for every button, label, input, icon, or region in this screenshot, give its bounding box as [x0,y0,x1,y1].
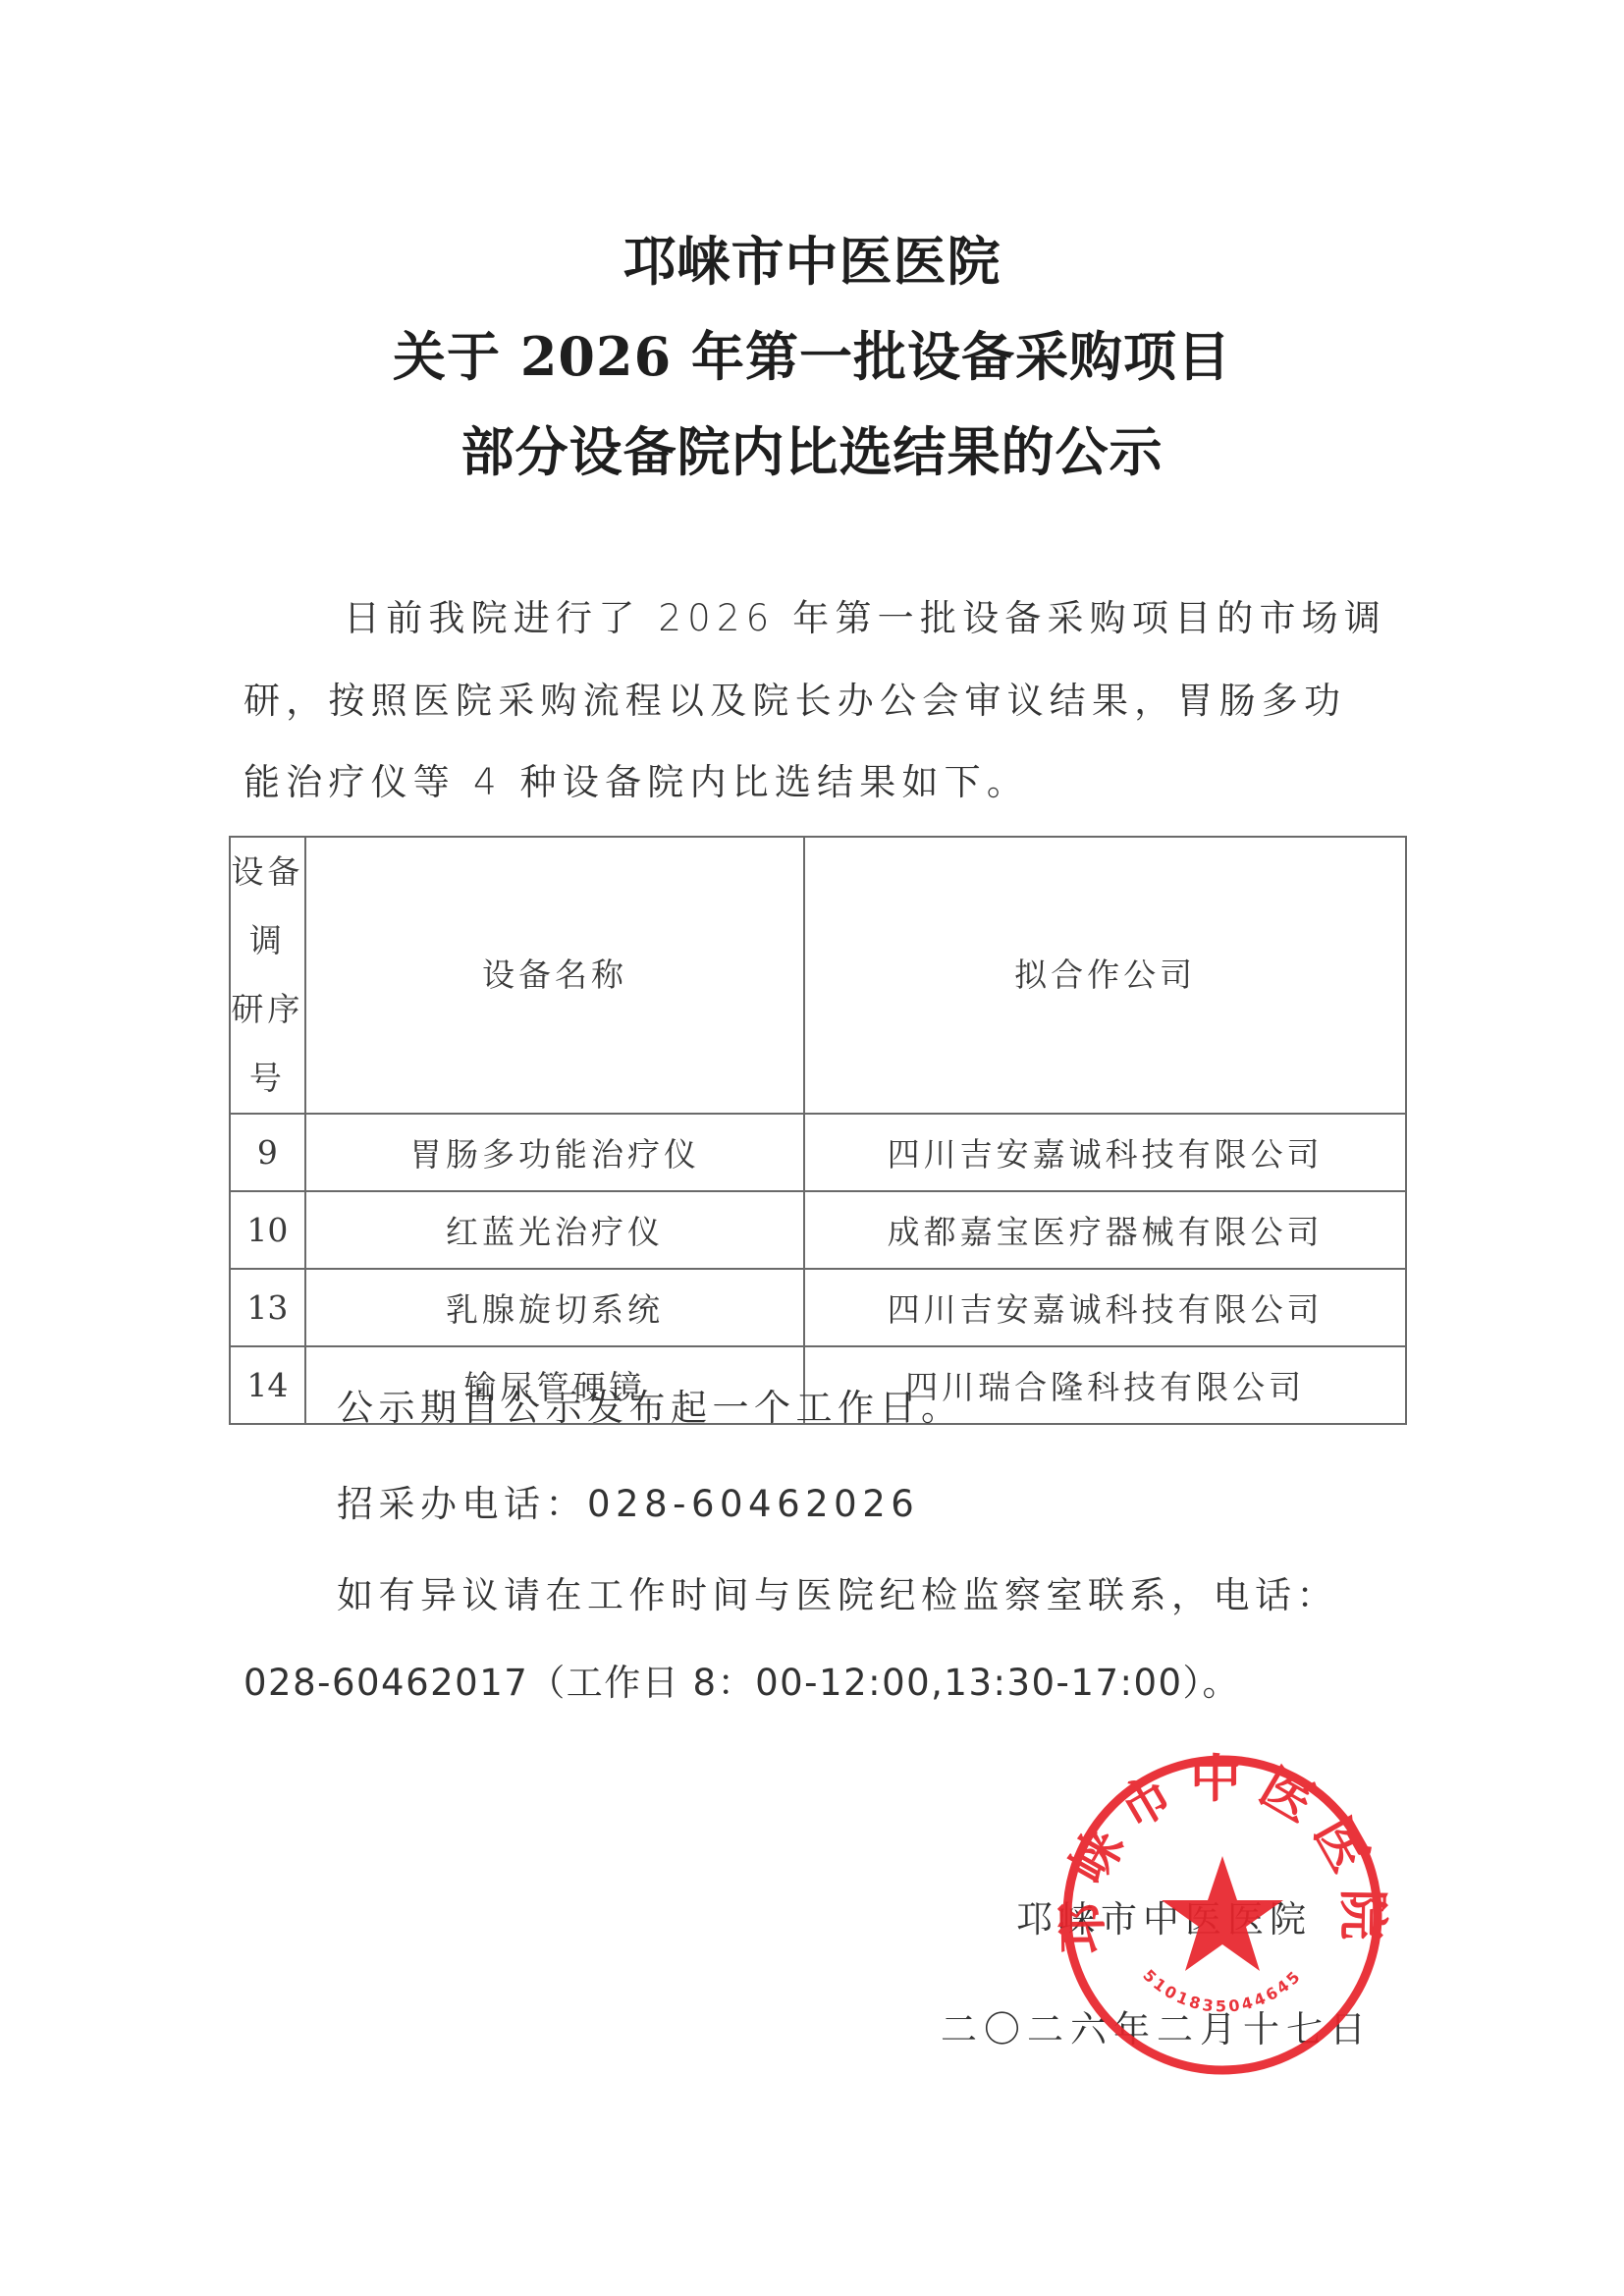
intro-line-1: 日前我院进行了 2026 年第一批设备采购项目的市场调 [344,597,1386,640]
table-row: 13 乳腺旋切系统 四川吉安嘉诚科技有限公司 [230,1269,1406,1346]
intro-line-2: 研，按照医院采购流程以及院长办公会审议结果，胃肠多功 [244,680,1346,723]
cell-equipment-name: 红蓝光治疗仪 [305,1191,805,1269]
intro-line-3: 能治疗仪等 4 种设备院内比选结果如下。 [244,761,1029,804]
document-page: 邛崃市中医医院 关于 2026 年第一批设备采购项目 部分设备院内比选结果的公示… [0,0,1624,2296]
publicity-period-text: 公示期自公示发布起一个工作日。 [337,1387,963,1430]
cell-number: 9 [230,1114,305,1191]
table-row: 9 胃肠多功能治疗仪 四川吉安嘉诚科技有限公司 [230,1114,1406,1191]
objection-contact-text: 如有异议请在工作时间与医院纪检监察室联系，电话： [337,1574,1338,1617]
cell-number: 14 [230,1346,305,1424]
cell-number: 10 [230,1191,305,1269]
procurement-phone-text: 招采办电话：028-60462026 [337,1483,919,1526]
cell-company: 四川吉安嘉诚科技有限公司 [804,1114,1406,1191]
results-table: 设备调 研序号 设备名称 拟合作公司 9 胃肠多功能治疗仪 四川吉安嘉诚科技有限… [229,836,1407,1425]
header-equipment-name: 设备名称 [305,837,805,1114]
header-company: 拟合作公司 [804,837,1406,1114]
table-header-row: 设备调 研序号 设备名称 拟合作公司 [230,837,1406,1114]
cell-number: 13 [230,1269,305,1346]
cell-company: 成都嘉宝医疗器械有限公司 [804,1191,1406,1269]
cell-equipment-name: 乳腺旋切系统 [305,1269,805,1346]
star-icon [1162,1856,1283,1971]
cell-company: 四川吉安嘉诚科技有限公司 [804,1269,1406,1346]
table-row: 10 红蓝光治疗仪 成都嘉宝医疗器械有限公司 [230,1191,1406,1269]
header-number-line2: 研序号 [231,975,304,1113]
official-seal-stamp: 邛崃市中医医院 5101835044645 [1056,1748,1389,2082]
title-line-3: 部分设备院内比选结果的公示 [0,422,1624,481]
title-hospital-name: 邛崃市中医医院 [0,232,1624,291]
header-number: 设备调 研序号 [230,837,305,1114]
header-number-line1: 设备调 [231,838,304,975]
objection-phone-hours-text: 028-60462017（工作日 8：00-12:00,13:30-17:00）… [244,1662,1240,1705]
cell-equipment-name: 胃肠多功能治疗仪 [305,1114,805,1191]
seal-code: 5101835044645 [1139,1966,1305,2016]
title-line-2: 关于 2026 年第一批设备采购项目 [0,327,1624,386]
